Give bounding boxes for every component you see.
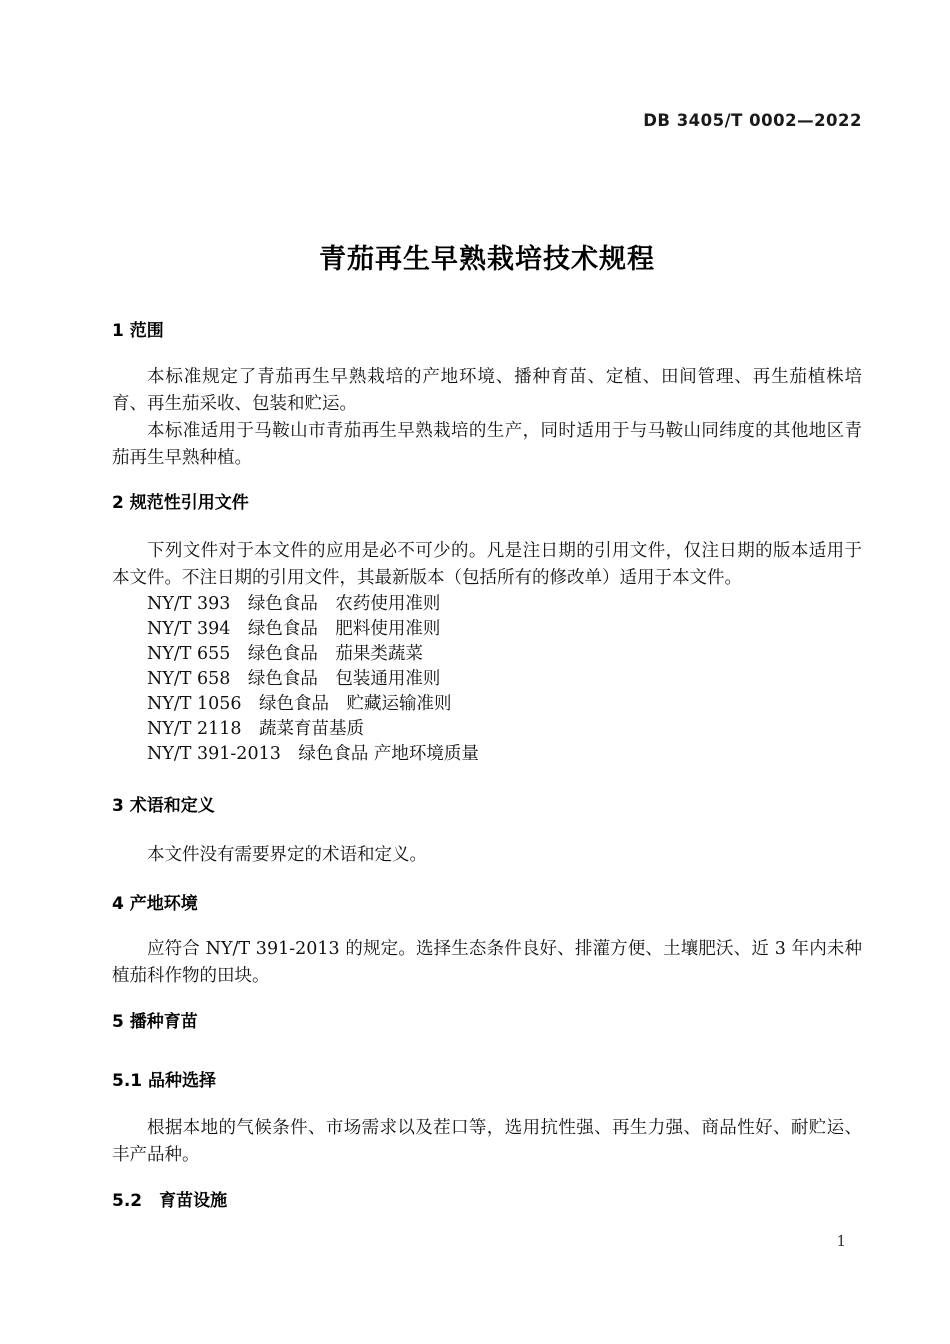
reference-item: NY/T 658 绿色食品 包装通用准则 [112,667,862,692]
section-5-1-heading: 5.1 品种选择 [112,1070,862,1092]
page-number: 1 [836,1232,846,1250]
section-2-intro-paragraph: 下列文件对于本文件的应用是必不可少的。凡是注日期的引用文件，仅注日期的版本适用于… [112,538,862,592]
section-4-heading: 4 产地环境 [112,893,862,915]
document-title: 青茄再生早熟栽培技术规程 [112,244,862,276]
section-1-heading: 1 范围 [112,320,862,342]
section-1-paragraph-1: 本标准规定了青茄再生早熟栽培的产地环境、播种育苗、定植、田间管理、再生茄植株培育… [112,364,862,418]
section-5-heading: 5 播种育苗 [112,1011,862,1033]
reference-item: NY/T 1056 绿色食品 贮藏运输准则 [112,692,862,717]
document-page: DB 3405/T 0002—2022 青茄再生早熟栽培技术规程 1 范围 本标… [0,0,950,1344]
section-2-heading: 2 规范性引用文件 [112,492,862,514]
section-3-heading: 3 术语和定义 [112,795,862,817]
document-header: DB 3405/T 0002—2022 [112,0,862,132]
normative-references-list: NY/T 393 绿色食品 农药使用准则 NY/T 394 绿色食品 肥料使用准… [112,592,862,767]
standard-code: DB 3405/T 0002—2022 [643,111,862,130]
section-1-paragraph-2: 本标准适用于马鞍山市青茄再生早熟栽培的生产，同时适用于与马鞍山同纬度的其他地区青… [112,418,862,472]
reference-item: NY/T 394 绿色食品 肥料使用准则 [112,617,862,642]
section-4-paragraph: 应符合 NY/T 391-2013 的规定。选择生态条件良好、排灌方便、土壤肥沃… [112,936,862,990]
section-5-2-heading: 5.2 育苗设施 [112,1190,862,1212]
reference-item: NY/T 2118 蔬菜育苗基质 [112,717,862,742]
section-3-paragraph: 本文件没有需要界定的术语和定义。 [112,842,862,869]
reference-item: NY/T 393 绿色食品 农药使用准则 [112,592,862,617]
section-5-1-paragraph: 根据本地的气候条件、市场需求以及茬口等，选用抗性强、再生力强、商品性好、耐贮运、… [112,1115,862,1169]
reference-item: NY/T 391-2013 绿色食品 产地环境质量 [112,742,862,767]
reference-item: NY/T 655 绿色食品 茄果类蔬菜 [112,642,862,667]
